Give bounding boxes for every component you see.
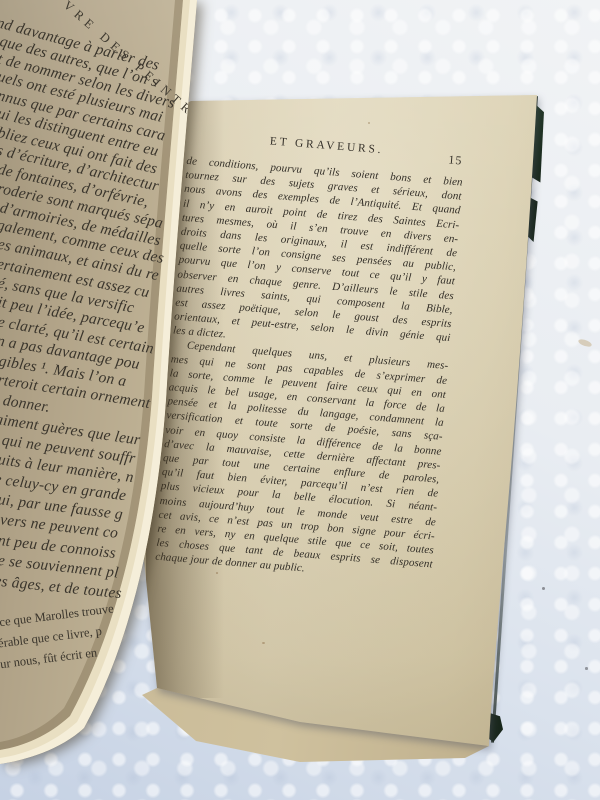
left-page-wrap: VRE DES PEINTRES end davantage à parler … — [0, 0, 600, 800]
book-photo-stage: ET GRAVEURS. 15 de conditions, pourvu qu… — [0, 0, 600, 800]
left-page: VRE DES PEINTRES end davantage à parler … — [0, 0, 600, 800]
